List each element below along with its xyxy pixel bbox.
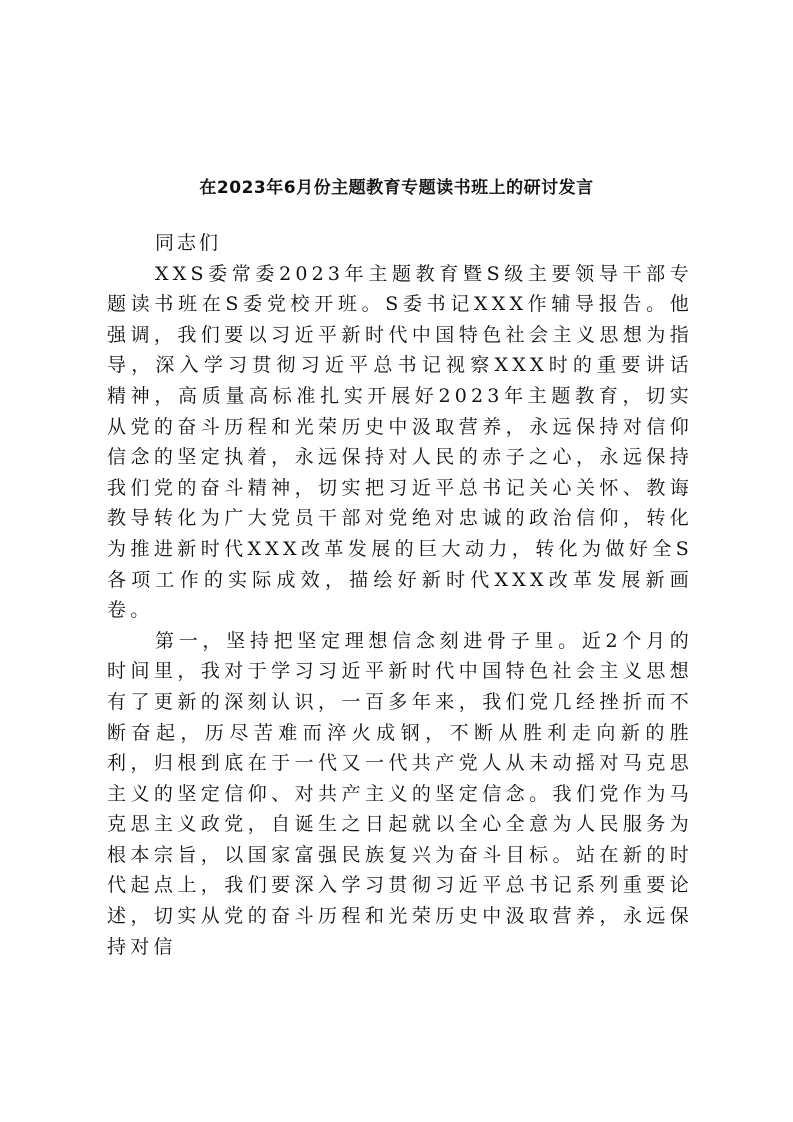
salutation-paragraph: 同志们 (107, 228, 693, 259)
intro-paragraph: XXS委常委2023年主题教育暨S级主要领导干部专题读书班在S委党校开班。S委书… (107, 259, 693, 626)
document-page: 在2023年6月份主题教育专题读书班上的研讨发言 同志们 XXS委常委2023年… (0, 0, 793, 1122)
document-title: 在2023年6月份主题教育专题读书班上的研讨发言 (0, 176, 793, 200)
document-body: 同志们 XXS委常委2023年主题教育暨S级主要领导干部专题读书班在S委党校开班… (107, 228, 693, 962)
point-one-paragraph: 第一，坚持把坚定理想信念刻进骨子里。近2个月的时间里，我对于学习习近平新时代中国… (107, 626, 693, 963)
